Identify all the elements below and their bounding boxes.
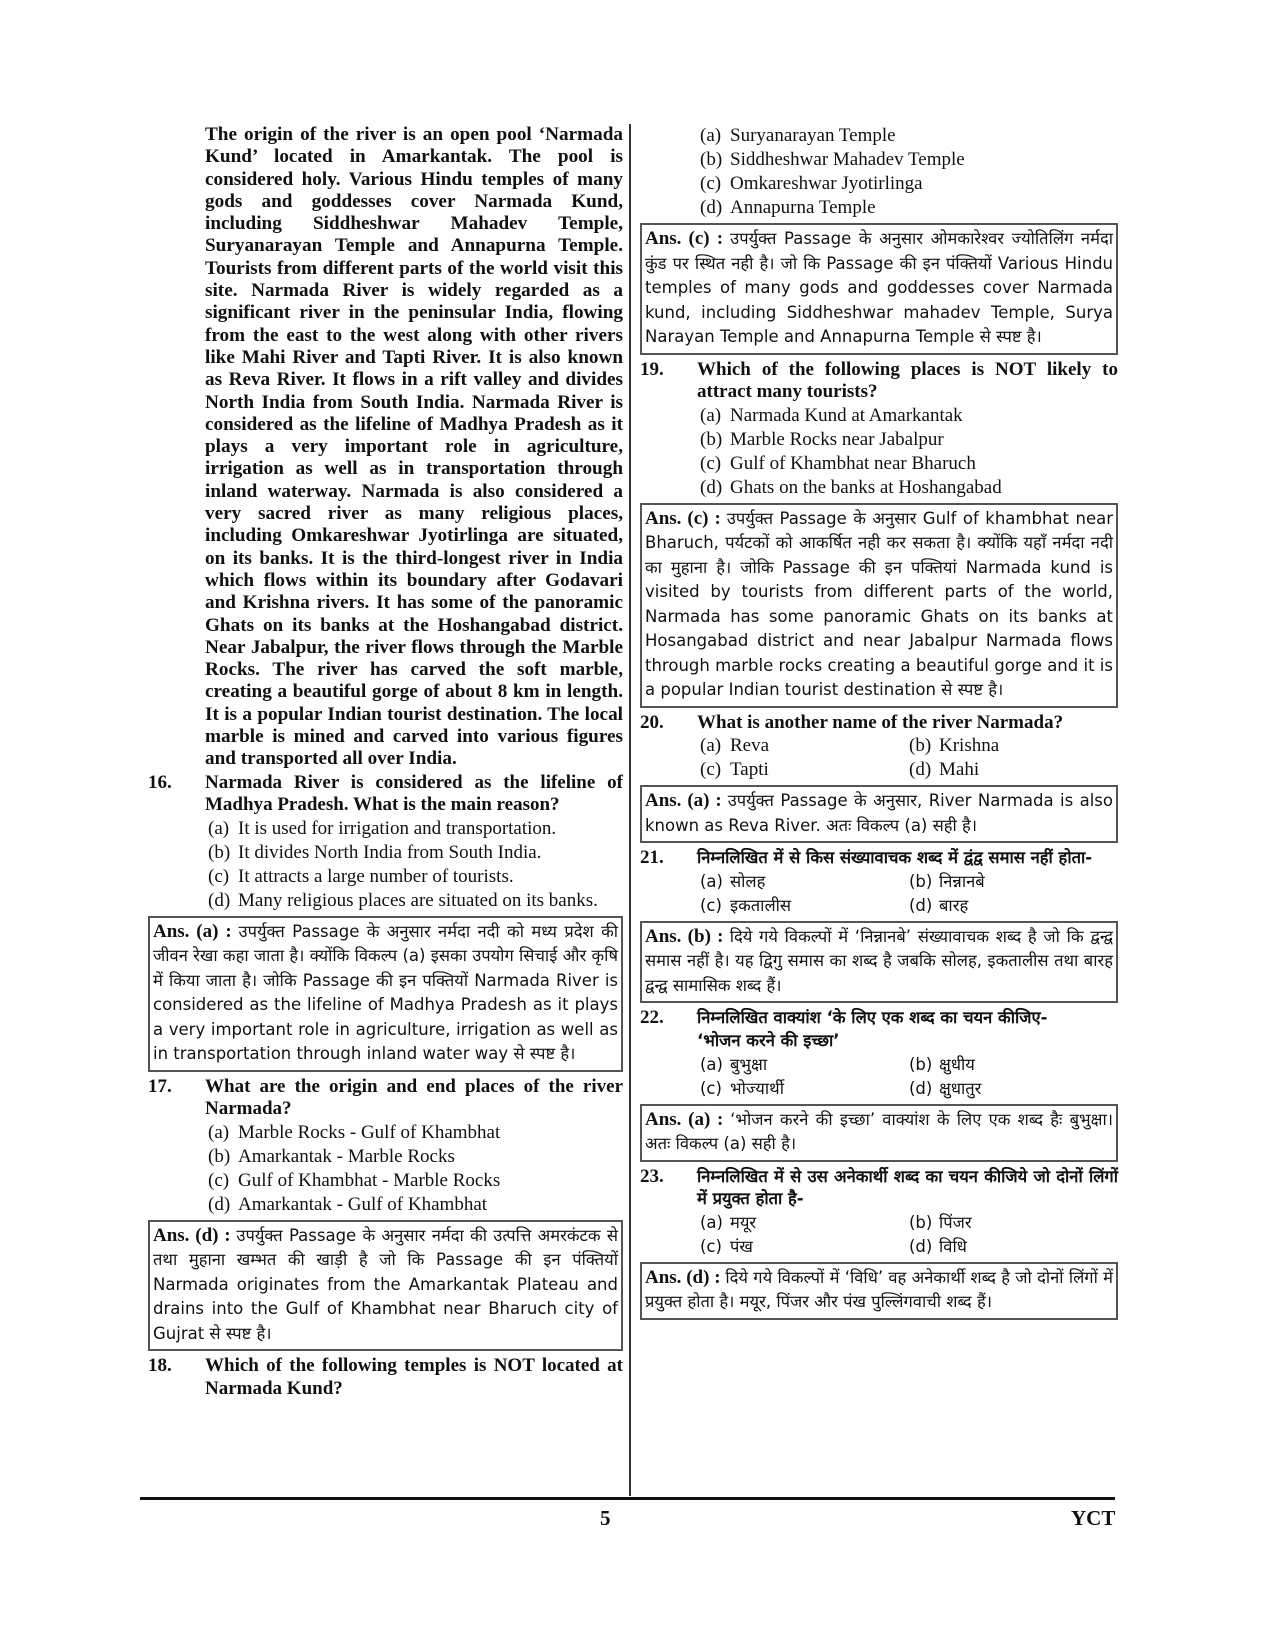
left-column: The origin of the river is an open pool … [148,124,623,1401]
option: (b)Marble Rocks near Jabalpur [700,428,1118,452]
question-text: What is another name of the river Narmad… [697,712,1118,735]
option-label: (b) [909,1053,939,1077]
option-label: (a) [700,124,730,148]
question-text: निम्नलिखित में से किस संख्यावाचक शब्द मे… [697,847,1118,870]
option-label: (d) [909,1077,939,1101]
option-label: (c) [700,1235,730,1259]
option-label: (c) [700,172,730,196]
options-20: (a)Reva (b)Krishna (c)Tapti (d)Mahi [640,734,1118,782]
option-label: (d) [909,758,939,782]
options-19: (a)Narmada Kund at Amarkantak (b)Marble … [640,404,1118,500]
answer-explanation: उपर्युक्त Passage के अनुसार नर्मदा नदी क… [153,922,618,1064]
option-text: इकतालीस [730,894,909,918]
option-label: (b) [208,1145,238,1169]
answer-key: Ans. (c) : [645,228,723,249]
answer-key: Ans. (b) : [645,926,723,947]
option-text: Omkareshwar Jyotirlinga [730,172,1118,196]
option-text: Amarkantak - Gulf of Khambhat [238,1193,623,1217]
option-label: (c) [700,758,730,782]
option-label: (c) [700,894,730,918]
option: (a)Marble Rocks - Gulf of Khambhat [208,1121,623,1145]
option-text: Reva [730,734,909,758]
question-number: 23. [640,1166,697,1211]
option: (c)Gulf of Khambhat near Bharuch [700,452,1118,476]
option-label: (a) [700,734,730,758]
option-text: Amarkantak - Marble Rocks [238,1145,623,1169]
answer-box-17: Ans. (d) : उपर्युक्त Passage के अनुसार न… [148,1220,623,1352]
question-number: 16. [148,772,205,817]
option: (b)निन्नानबे [909,870,1118,894]
option-text: Narmada Kund at Amarkantak [730,404,1118,428]
options-16: (a)It is used for irrigation and transpo… [148,817,623,913]
question-text: निम्नलिखित वाक्यांश ‘के लिए एक शब्द का च… [697,1007,1118,1052]
question-instruction: निम्नलिखित वाक्यांश ‘के लिए एक शब्द का च… [697,1008,1047,1027]
option: (d)Many religious places are situated on… [208,889,623,913]
answer-key: Ans. (a) : [645,1109,723,1130]
option-text: पिंजर [939,1211,1118,1235]
answer-key: Ans. (c) : [645,508,721,529]
option-text: विधि [939,1235,1118,1259]
question-21: 21. निम्नलिखित में से किस संख्यावाचक शब्… [640,847,1118,870]
answer-box-18: Ans. (c) : उपर्युक्त Passage के अनुसार ओ… [640,223,1118,355]
option: (c)It attracts a large number of tourist… [208,865,623,889]
answer-box-21: Ans. (b) : दिये गये विकल्पों में ‘निन्ना… [640,921,1118,1004]
option: (c)इकतालीस [700,894,909,918]
answer-box-22: Ans. (a) : ‘भोजन करने की इच्छा’ वाक्यांश… [640,1104,1118,1162]
option-label: (b) [208,841,238,865]
option-text: बारह [939,894,1118,918]
option-label: (d) [700,196,730,220]
option-label: (c) [700,452,730,476]
footer-rule [140,1497,1115,1500]
option: (c)Omkareshwar Jyotirlinga [700,172,1118,196]
option-label: (c) [208,1169,238,1193]
option-text: Marble Rocks near Jabalpur [730,428,1118,452]
question-number: 21. [640,847,697,870]
question-number: 17. [148,1076,205,1121]
option-text: भोज्यार्थी [730,1077,909,1101]
option-text: Krishna [939,734,1118,758]
option-label: (a) [700,1211,730,1235]
question-number: 20. [640,712,697,735]
option-label: (d) [700,476,730,500]
question-16: 16. Narmada River is considered as the l… [148,772,623,817]
option-label: (d) [208,889,238,913]
right-column: (a)Suryanarayan Temple (b)Siddheshwar Ma… [640,124,1118,1324]
option: (c)Tapti [700,758,909,782]
option-text: Gulf of Khambhat near Bharuch [730,452,1118,476]
option-text: Gulf of Khambhat - Marble Rocks [238,1169,623,1193]
option-text: It is used for irrigation and transporta… [238,817,623,841]
column-divider [629,124,631,1496]
option: (b)Krishna [909,734,1118,758]
option: (d)बारह [909,894,1118,918]
option-text: Ghats on the banks at Hoshangabad [730,476,1118,500]
option-text: Tapti [730,758,909,782]
question-text: Narmada River is considered as the lifel… [205,772,623,817]
option-text: Mahi [939,758,1118,782]
answer-key: Ans. (a) : [153,921,232,942]
option-label: (a) [208,817,238,841]
question-number: 22. [640,1007,697,1052]
option: (b)क्षुधीय [909,1053,1118,1077]
option-label: (a) [208,1121,238,1145]
option: (c)Gulf of Khambhat - Marble Rocks [208,1169,623,1193]
option: (d)Mahi [909,758,1118,782]
options-21: (a)सोलह (b)निन्नानबे (c)इकतालीस (d)बारह [640,870,1118,918]
option-text: Annapurna Temple [730,196,1118,220]
option: (d)Annapurna Temple [700,196,1118,220]
option: (a)मयूर [700,1211,909,1235]
option-label: (a) [700,1053,730,1077]
option: (b)Siddheshwar Mahadev Temple [700,148,1118,172]
answer-box-20: Ans. (a) : उपर्युक्त Passage के अनुसार, … [640,785,1118,843]
answer-key: Ans. (a) : [645,790,722,811]
answer-box-16: Ans. (a) : उपर्युक्त Passage के अनुसार न… [148,916,623,1072]
reading-passage: The origin of the river is an open pool … [148,124,623,771]
option-text: क्षुधीय [939,1053,1118,1077]
question-text: What are the origin and end places of th… [205,1076,623,1121]
option: (b)पिंजर [909,1211,1118,1235]
option-text: Suryanarayan Temple [730,124,1118,148]
question-number: 18. [148,1355,205,1400]
options-17: (a)Marble Rocks - Gulf of Khambhat (b)Am… [148,1121,623,1217]
question-phrase: ‘भोजन करने की इच्छा’ [697,1031,840,1050]
option-label: (b) [909,734,939,758]
option-label: (b) [700,148,730,172]
option: (c)भोज्यार्थी [700,1077,909,1101]
option: (a)Suryanarayan Temple [700,124,1118,148]
option: (a)Reva [700,734,909,758]
option: (d)विधि [909,1235,1118,1259]
question-20: 20. What is another name of the river Na… [640,712,1118,735]
option-text: क्षुधातुर [939,1077,1118,1101]
option-label: (d) [909,1235,939,1259]
option: (b)Amarkantak - Marble Rocks [208,1145,623,1169]
option-label: (d) [208,1193,238,1217]
option-label: (a) [700,404,730,428]
question-number: 19. [640,359,697,404]
question-19: 19. Which of the following places is NOT… [640,359,1118,404]
option: (a)Narmada Kund at Amarkantak [700,404,1118,428]
answer-key: Ans. (d) : [153,1225,231,1246]
option-label: (c) [208,865,238,889]
option-label: (d) [909,894,939,918]
option-text: It attracts a large number of tourists. [238,865,623,889]
answer-explanation: उपर्युक्त Passage के अनुसार Gulf of kham… [645,509,1113,700]
option-label: (a) [700,870,730,894]
question-text: Which of the following places is NOT lik… [697,359,1118,404]
option-text: It divides North India from South India. [238,841,623,865]
option: (d)Ghats on the banks at Hoshangabad [700,476,1118,500]
option-text: मयूर [730,1211,909,1235]
option-text: Many religious places are situated on it… [238,889,623,913]
question-text: Which of the following temples is NOT lo… [205,1355,623,1400]
option-text: Siddheshwar Mahadev Temple [730,148,1118,172]
publisher-brand: YCT [1071,1506,1115,1531]
option-label: (b) [700,428,730,452]
options-23: (a)मयूर (b)पिंजर (c)पंख (d)विधि [640,1211,1118,1259]
options-18: (a)Suryanarayan Temple (b)Siddheshwar Ma… [640,124,1118,220]
option: (d)क्षुधातुर [909,1077,1118,1101]
option-text: सोलह [730,870,909,894]
option: (a)सोलह [700,870,909,894]
answer-key: Ans. (d) : [645,1267,721,1288]
option-text: Marble Rocks - Gulf of Khambhat [238,1121,623,1145]
options-22: (a)बुभुक्षा (b)क्षुधीय (c)भोज्यार्थी (d)… [640,1053,1118,1101]
option-text: पंख [730,1235,909,1259]
option: (b)It divides North India from South Ind… [208,841,623,865]
question-23: 23. निम्नलिखित में से उस अनेकार्थी शब्द … [640,1166,1118,1211]
option: (a)बुभुक्षा [700,1053,909,1077]
question-18: 18. Which of the following temples is NO… [148,1355,623,1400]
question-22: 22. निम्नलिखित वाक्यांश ‘के लिए एक शब्द … [640,1007,1118,1052]
option: (d)Amarkantak - Gulf of Khambhat [208,1193,623,1217]
answer-box-23: Ans. (d) : दिये गये विकल्पों में ‘विधि’ … [640,1262,1118,1320]
question-17: 17. What are the origin and end places o… [148,1076,623,1121]
answer-box-19: Ans. (c) : उपर्युक्त Passage के अनुसार G… [640,503,1118,708]
document-page: The origin of the river is an open pool … [0,0,1275,1650]
option-text: निन्नानबे [939,870,1118,894]
option: (c)पंख [700,1235,909,1259]
question-text: निम्नलिखित में से उस अनेकार्थी शब्द का च… [697,1166,1118,1211]
option-label: (b) [909,1211,939,1235]
option-label: (b) [909,870,939,894]
page-number: 5 [600,1506,611,1531]
option-label: (c) [700,1077,730,1101]
option: (a)It is used for irrigation and transpo… [208,817,623,841]
option-text: बुभुक्षा [730,1053,909,1077]
